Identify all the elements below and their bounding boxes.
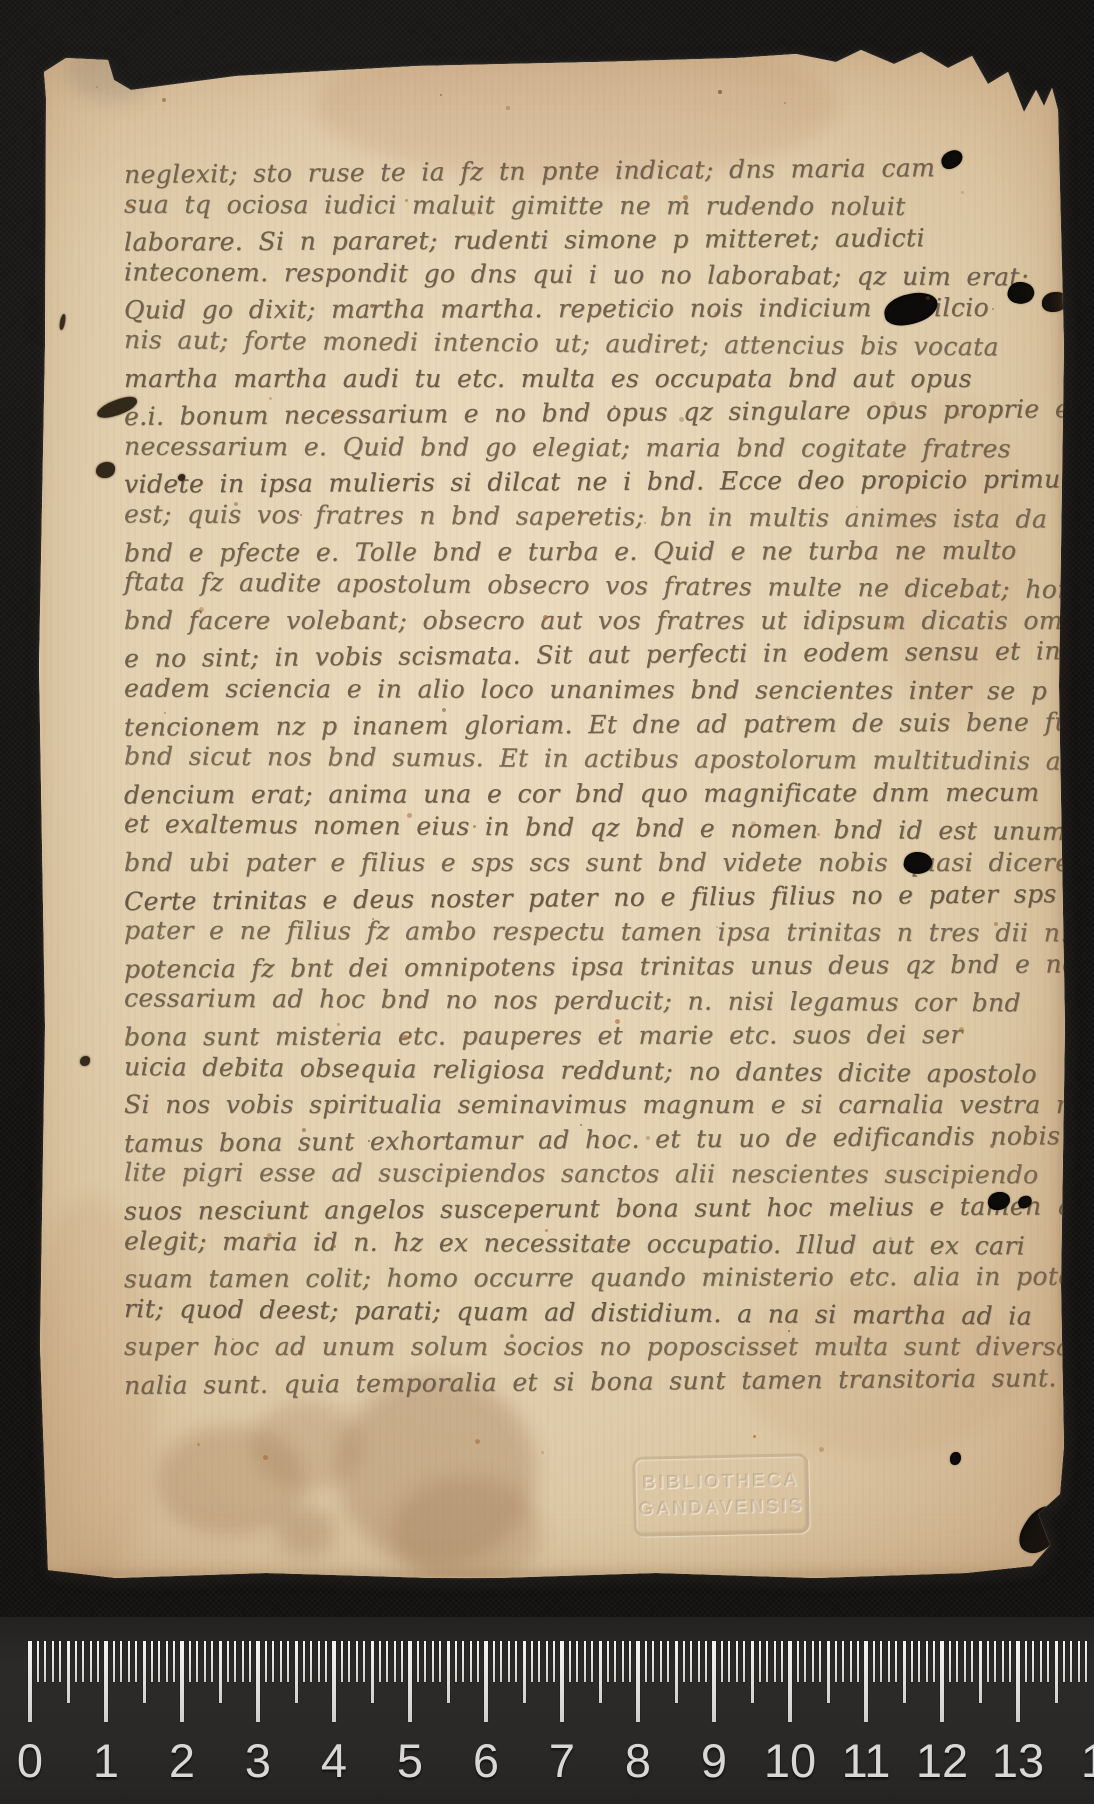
manuscript-line: dencium erat; anima una e cor bnd quo ma… <box>124 775 1076 812</box>
ruler-tick-cm <box>408 1641 412 1722</box>
damp-stain <box>66 41 156 101</box>
manuscript-line: tamus bona sunt exhortamur ad hoc. et tu… <box>124 1119 1076 1161</box>
manuscript-line: uicia debita obsequia religiosa reddunt;… <box>124 1050 1076 1092</box>
ruler-tick-mm <box>971 1641 973 1682</box>
ruler-tick-mm <box>873 1641 875 1682</box>
ruler-tick-mm <box>614 1641 616 1682</box>
ruler-tick-mm <box>1047 1641 1049 1682</box>
ruler-number: 0 <box>17 1733 43 1788</box>
foxing-speck <box>475 1439 480 1444</box>
ruler-tick-mm <box>44 1641 46 1682</box>
ruler-tick-mm <box>196 1641 198 1682</box>
manuscript-line: e.i. bonum necessarium e no bnd opus qz … <box>124 392 1076 434</box>
ruler-tick-mm <box>1002 1641 1004 1682</box>
foxing-speck <box>718 90 722 94</box>
ruler-tick-mm <box>135 1641 137 1682</box>
ruler-tick-mm <box>698 1641 700 1682</box>
manuscript-line: Certe trinitas e deus noster pater no e … <box>124 877 1076 919</box>
ruler-tick-half <box>67 1641 70 1703</box>
ruler-tick-mm <box>173 1641 175 1682</box>
manuscript-line: suam tamen colit; homo occurre quando mi… <box>124 1260 1076 1297</box>
ruler-tick-mm <box>743 1641 745 1682</box>
ruler-tick-mm <box>607 1641 609 1682</box>
manuscript-line: neglexit; sto ruse te ia fz tn pnte indi… <box>124 150 1076 192</box>
foxing-speck <box>197 1443 200 1446</box>
ruler-tick-mm <box>363 1641 365 1682</box>
ruler-tick-half <box>295 1641 298 1703</box>
ruler-tick-cm <box>864 1641 868 1722</box>
ruler-tick-mm <box>318 1641 320 1682</box>
manuscript-line: super hoc ad unum solum socios no poposc… <box>124 1330 1076 1364</box>
manuscript-line: laborare. Si n pararet; rudenti simone p… <box>124 221 1076 260</box>
manuscript-line: Si nos vobis spiritualia seminavimus mag… <box>124 1088 1076 1122</box>
manuscript-line: bnd sicut nos bnd sumus. Et in actibus a… <box>124 740 1076 779</box>
library-blind-stamp: BIBLIOTHECA GANDAVENSIS <box>632 1453 810 1537</box>
ruler-tick-mm <box>151 1641 153 1682</box>
ruler-tick-mm <box>280 1641 282 1682</box>
ruler-tick-mm <box>1032 1641 1034 1682</box>
ruler-tick-half <box>447 1641 450 1703</box>
stamp-line-1: BIBLIOTHECA <box>642 1467 800 1496</box>
manuscript-line: pater e ne filius fz ambo respectu tamen… <box>124 914 1076 951</box>
ruler-tick-mm <box>265 1641 267 1682</box>
ruler-tick-mm <box>75 1641 77 1682</box>
ruler-number: 1 <box>93 1733 119 1788</box>
ruler-tick-cm <box>180 1641 184 1722</box>
ruler-tick-mm <box>569 1641 571 1682</box>
manuscript-line: nis aut; forte monedi intencio ut; audir… <box>124 323 1076 365</box>
ruler-tick-mm <box>591 1641 593 1682</box>
manuscript-line: lite pigri esse ad suscipiendos sanctos … <box>124 1156 1076 1193</box>
ruler-tick-cm <box>104 1641 108 1722</box>
ruler-tick-mm <box>303 1641 305 1682</box>
ink-blot <box>80 1056 90 1066</box>
manuscript-line: bona sunt misteria etc. pauperes et mari… <box>124 1018 1076 1055</box>
manuscript-line: potencia fz bnt dei omnipotens ipsa trin… <box>124 947 1076 986</box>
ruler-tick-mm <box>462 1641 464 1682</box>
ruler-tick-half <box>903 1641 906 1703</box>
ruler-tick-mm <box>766 1641 768 1682</box>
ruler-tick-mm <box>1009 1641 1011 1682</box>
foxing-speck <box>819 1447 824 1452</box>
manuscript-line: nalia sunt. quia temporalia et si bona s… <box>124 1361 1076 1403</box>
ruler-tick-cm <box>332 1641 336 1722</box>
ruler-tick-mm <box>234 1641 236 1682</box>
ruler-tick-mm <box>918 1641 920 1682</box>
ruler-tick-mm <box>933 1641 935 1682</box>
manuscript-line: cessarium ad hoc bnd no nos perducit; n.… <box>124 982 1076 1021</box>
foxing-speck <box>541 1451 544 1454</box>
damp-stain <box>156 1426 306 1536</box>
ruler-tick-mm <box>652 1641 654 1682</box>
ruler-tick-cm <box>28 1641 32 1722</box>
ruler-tick-mm <box>781 1641 783 1682</box>
ruler-tick-mm <box>120 1641 122 1682</box>
ruler-tick-cm <box>788 1641 792 1722</box>
worm-hole <box>1042 292 1068 312</box>
ruler-tick-mm <box>645 1641 647 1682</box>
ruler-tick-mm <box>189 1641 191 1682</box>
photo-stage: neglexit; sto ruse te ia fz tn pnte indi… <box>0 0 1094 1804</box>
ruler-tick-half <box>523 1641 526 1703</box>
ruler-number: 12 <box>916 1733 968 1788</box>
damp-stain <box>336 1376 536 1566</box>
ruler-tick-cm <box>636 1641 640 1722</box>
worm-hole <box>1013 1499 1068 1561</box>
ruler-tick-mm <box>59 1641 61 1682</box>
manuscript-line: est; quis vos fratres n bnd saperetis; b… <box>124 497 1076 536</box>
ruler-tick-mm <box>394 1641 396 1682</box>
ruler-tick-mm <box>113 1641 115 1682</box>
ruler-tick-half <box>1055 1641 1058 1703</box>
ruler-tick-mm <box>911 1641 913 1682</box>
ruler-tick-mm <box>1063 1641 1065 1682</box>
manuscript-line: e no sint; in vobis scismata. Sit aut pe… <box>124 634 1076 676</box>
ruler-tick-mm <box>531 1641 533 1682</box>
ruler-tick-half <box>599 1641 602 1703</box>
ruler-tick-mm <box>622 1641 624 1682</box>
manuscript-line: necessarium e. Quid bnd go elegiat; mari… <box>124 429 1076 466</box>
manuscript-line: tencionem nz p inanem gloriam. Et dne ad… <box>124 705 1076 744</box>
manuscript-line: suos nesciunt angelos susceperunt bona s… <box>124 1189 1076 1228</box>
ruler-tick-mm <box>515 1641 517 1682</box>
ruler-tick-mm <box>926 1641 928 1682</box>
ruler-tick-mm <box>1070 1641 1072 1682</box>
ruler-tick-mm <box>850 1641 852 1682</box>
ruler-number: 9 <box>701 1733 727 1788</box>
ruler-tick-mm <box>341 1641 343 1682</box>
ruler-tick-half <box>371 1641 374 1703</box>
ruler-tick-mm <box>455 1641 457 1682</box>
manuscript-line: inteconem. respondit go dns qui i uo no … <box>124 255 1076 294</box>
ruler-tick-mm <box>227 1641 229 1682</box>
ruler-tick-mm <box>424 1641 426 1682</box>
ruler-tick-mm <box>272 1641 274 1682</box>
ruler-number: 11 <box>842 1733 891 1788</box>
ruler-tick-mm <box>728 1641 730 1682</box>
ruler-tick-half <box>827 1641 830 1703</box>
ruler-number: 4 <box>321 1733 347 1788</box>
ruler-number: 3 <box>245 1733 271 1788</box>
ruler-tick-half <box>675 1641 678 1703</box>
ruler-tick-mm <box>204 1641 206 1682</box>
damp-stain <box>276 1506 336 1556</box>
ruler-tick-mm <box>90 1641 92 1682</box>
ruler-tick-mm <box>812 1641 814 1682</box>
ruler-tick-mm <box>128 1641 130 1682</box>
ruler-tick-mm <box>584 1641 586 1682</box>
ruler-number: 5 <box>397 1733 423 1788</box>
ruler-tick-mm <box>804 1641 806 1682</box>
ruler-tick-mm <box>774 1641 776 1682</box>
ruler-tick-mm <box>721 1641 723 1682</box>
manuscript-line: bnd e pfecte e. Tolle bnd e turba e. Qui… <box>124 533 1076 570</box>
ruler-tick-cm <box>940 1641 944 1722</box>
ruler-tick-half <box>979 1641 982 1703</box>
ruler-tick-mm <box>287 1641 289 1682</box>
manuscript-line: ftata fz audite apostolum obsecro vos fr… <box>124 565 1076 607</box>
ruler-tick-mm <box>759 1641 761 1682</box>
ruler-tick-cm <box>484 1641 488 1722</box>
ruler-tick-mm <box>994 1641 996 1682</box>
ruler-tick-mm <box>857 1641 859 1682</box>
ruler-tick-mm <box>538 1641 540 1682</box>
ruler-tick-mm <box>690 1641 692 1682</box>
manuscript-line: eadem sciencia e in alio loco unanimes b… <box>124 672 1076 709</box>
ruler-number-partial: 1 <box>1081 1733 1094 1788</box>
manuscript-line: elegit; maria id n. hz ex necessitate oc… <box>124 1224 1076 1263</box>
ruler-tick-mm <box>956 1641 958 1682</box>
ruler-number: 10 <box>764 1733 816 1788</box>
ruler-number: 8 <box>625 1733 651 1788</box>
ruler-tick-cm <box>712 1641 716 1722</box>
ruler-tick-cm <box>560 1641 564 1722</box>
ruler-tick-mm <box>1085 1641 1087 1682</box>
ruler-tick-mm <box>553 1641 555 1682</box>
ruler-tick-mm <box>417 1641 419 1682</box>
manuscript-page: neglexit; sto ruse te ia fz tn pnte indi… <box>36 46 1066 1578</box>
manuscript-line: bnd facere volebant; obsecro aut vos fra… <box>124 604 1076 638</box>
ruler-tick-mm <box>379 1641 381 1682</box>
ruler-tick-mm <box>705 1641 707 1682</box>
ruler-tick-mm <box>819 1641 821 1682</box>
manuscript-line: videte in ipsa mulieris si dilcat ne i b… <box>124 463 1076 502</box>
ink-blot <box>59 314 66 331</box>
ruler-tick-mm <box>477 1641 479 1682</box>
ruler-number: 2 <box>169 1733 195 1788</box>
foxing-speck <box>162 98 166 102</box>
ruler-tick-mm <box>242 1641 244 1682</box>
ruler-tick-mm <box>439 1641 441 1682</box>
ruler-tick-mm <box>842 1641 844 1682</box>
ruler-tick-mm <box>880 1641 882 1682</box>
ruler-tick-mm <box>667 1641 669 1682</box>
ink-blot <box>96 462 115 478</box>
damp-stain <box>391 1476 541 1586</box>
ruler: 0123456789101112131 <box>0 1617 1094 1804</box>
ruler-tick-mm <box>493 1641 495 1682</box>
ruler-tick-mm <box>52 1641 54 1682</box>
manuscript-line: bnd ubi pater e filius e sps scs sunt bn… <box>124 846 1076 880</box>
damp-stain <box>251 1401 361 1491</box>
ruler-tick-mm <box>629 1641 631 1682</box>
foxing-speck <box>96 86 98 88</box>
ruler-number: 7 <box>549 1733 575 1788</box>
manuscript-line: martha martha audi tu etc. multa es occu… <box>124 362 1076 396</box>
ruler-tick-mm <box>470 1641 472 1682</box>
ruler-tick-mm <box>356 1641 358 1682</box>
ruler-tick-mm <box>895 1641 897 1682</box>
ruler-tick-mm <box>97 1641 99 1682</box>
ruler-tick-mm <box>386 1641 388 1682</box>
ruler-tick-mm <box>158 1641 160 1682</box>
foxing-speck <box>784 102 786 104</box>
ruler-tick-mm <box>835 1641 837 1682</box>
ruler-tick-mm <box>310 1641 312 1682</box>
foxing-speck <box>753 1435 756 1438</box>
ruler-tick-mm <box>546 1641 548 1682</box>
ruler-tick-mm <box>797 1641 799 1682</box>
ruler-tick-mm <box>508 1641 510 1682</box>
ruler-tick-mm <box>37 1641 39 1682</box>
manuscript-line: sua tq ociosa iudici maluit gimitte ne m… <box>124 187 1076 224</box>
ruler-number: 6 <box>473 1733 499 1788</box>
manuscript-line: et exaltemus nomen eius in bnd qz bnd e … <box>124 807 1076 849</box>
ruler-tick-mm <box>660 1641 662 1682</box>
ruler-tick-half <box>143 1641 146 1703</box>
ruler-tick-mm <box>1025 1641 1027 1682</box>
ruler-tick-half <box>219 1641 222 1703</box>
ruler-tick-mm <box>82 1641 84 1682</box>
ruler-tick-mm <box>987 1641 989 1682</box>
ruler-tick-mm <box>888 1641 890 1682</box>
ruler-tick-mm <box>964 1641 966 1682</box>
ruler-tick-mm <box>736 1641 738 1682</box>
foxing-speck <box>506 106 510 110</box>
ruler-tick-mm <box>211 1641 213 1682</box>
ruler-tick-mm <box>1040 1641 1042 1682</box>
ruler-tick-mm <box>500 1641 502 1682</box>
ruler-tick-cm <box>256 1641 260 1722</box>
ruler-tick-mm <box>432 1641 434 1682</box>
ruler-tick-mm <box>401 1641 403 1682</box>
worm-hole <box>950 1452 961 1465</box>
ruler-tick-mm <box>166 1641 168 1682</box>
ruler-tick-mm <box>325 1641 327 1682</box>
parchment-leaf: neglexit; sto ruse te ia fz tn pnte indi… <box>36 46 1066 1578</box>
ruler-number: 13 <box>992 1733 1044 1788</box>
ruler-tick-mm <box>949 1641 951 1682</box>
ruler-tick-mm <box>683 1641 685 1682</box>
manuscript-line: rit; quod deest; parati; quam ad distidi… <box>124 1292 1076 1334</box>
ruler-tick-mm <box>576 1641 578 1682</box>
ruler-tick-mm <box>348 1641 350 1682</box>
ruler-tick-half <box>751 1641 754 1703</box>
ruler-tick-mm <box>1078 1641 1080 1682</box>
foxing-speck <box>263 1455 268 1460</box>
ruler-tick-mm <box>249 1641 251 1682</box>
foxing-speck <box>440 94 442 96</box>
ruler-tick-cm <box>1016 1641 1020 1722</box>
stamp-line-2: GANDAVENSIS <box>638 1493 804 1522</box>
